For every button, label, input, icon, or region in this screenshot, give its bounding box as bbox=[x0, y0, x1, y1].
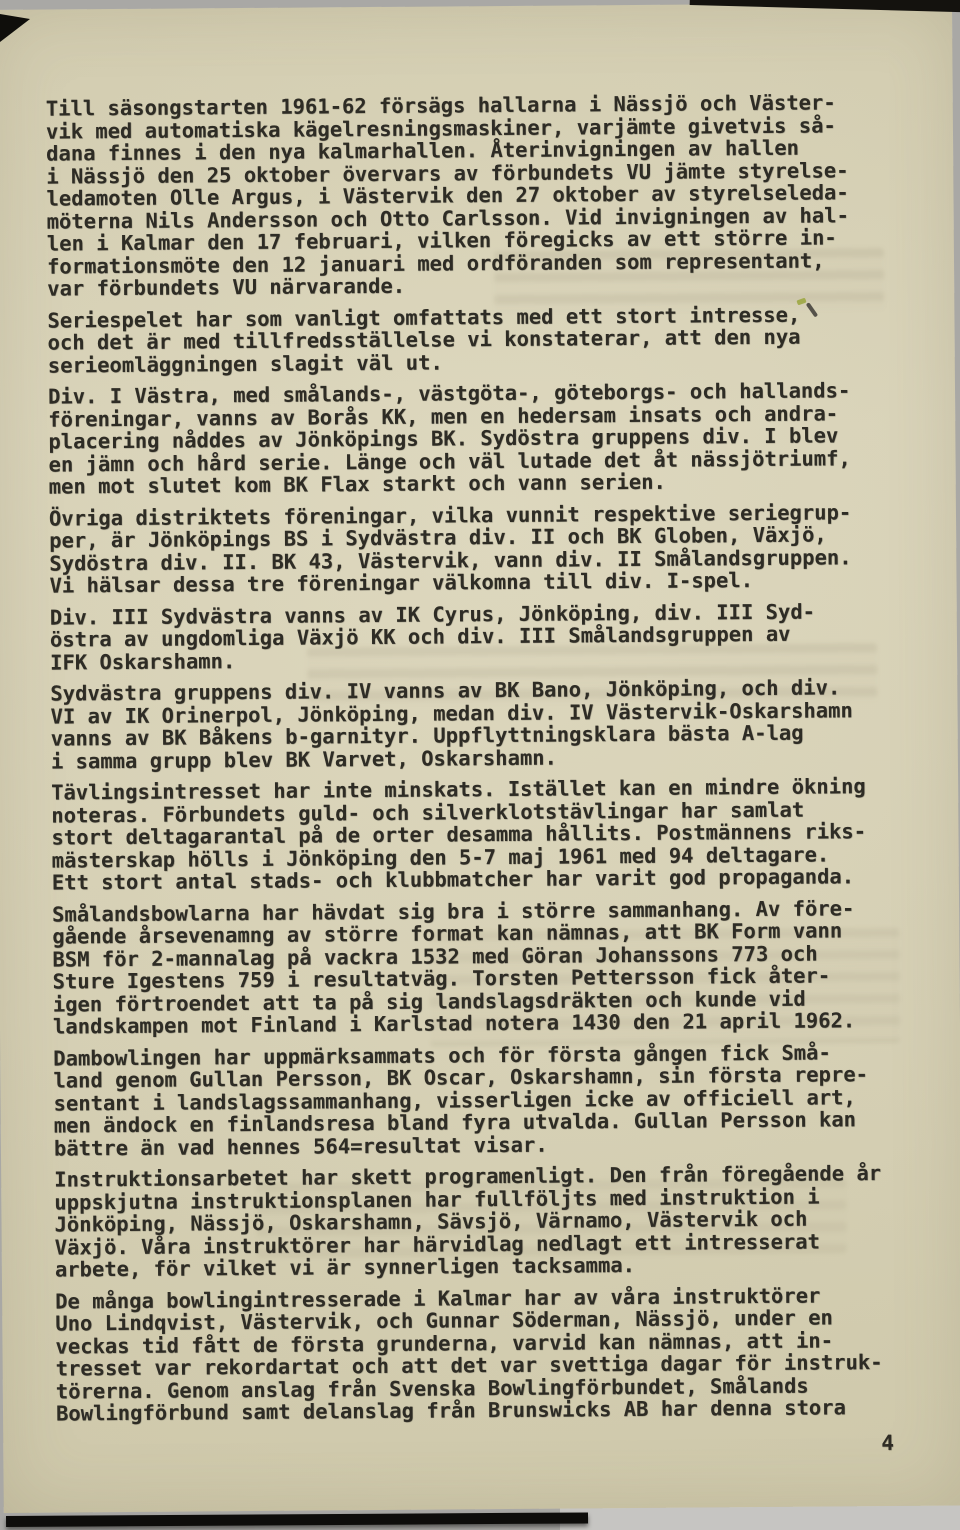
paragraph-kalmar-instruction: De många bowlingintresserade i Kalmar ha… bbox=[55, 1283, 951, 1425]
page-number: 4 bbox=[881, 1431, 894, 1455]
paragraph-div-1: Div. I Västra, med smålands-, västgöta-,… bbox=[48, 379, 944, 499]
paragraph-achievements: Smålandsbowlarna har hävdat sig bra i st… bbox=[52, 896, 948, 1038]
paragraph-hall-openings: Till säsongstarten 1961-62 försägs halla… bbox=[46, 91, 943, 301]
paragraph-competition: Tävlingsintresset har inte minskats. Ist… bbox=[51, 775, 947, 895]
paragraph-div-2-winners: Övriga distriktets föreningar, vilka vun… bbox=[49, 500, 945, 597]
paragraph-series-interest: Seriespelet har som vanligt omfattats me… bbox=[47, 302, 943, 377]
paragraph-div-3-winners: Div. III Sydvästra vanns av IK Cyrus, Jö… bbox=[50, 599, 946, 674]
document-page: Till säsongstarten 1961-62 försägs halla… bbox=[0, 2, 960, 1512]
body-text: Till säsongstarten 1961-62 försägs halla… bbox=[46, 91, 951, 1434]
scanned-document: Till säsongstarten 1961-62 försägs halla… bbox=[0, 0, 960, 1530]
paragraph-div-4-winners: Sydvästra gruppens div. IV vanns av BK B… bbox=[50, 676, 946, 773]
paragraph-instruction-work: Instruktionsarbetet har skett programenl… bbox=[54, 1162, 950, 1282]
paragraph-ladies-bowling: Dambowlingen har uppmärksammats och för … bbox=[53, 1040, 949, 1160]
bottom-black-bar bbox=[6, 1512, 588, 1527]
